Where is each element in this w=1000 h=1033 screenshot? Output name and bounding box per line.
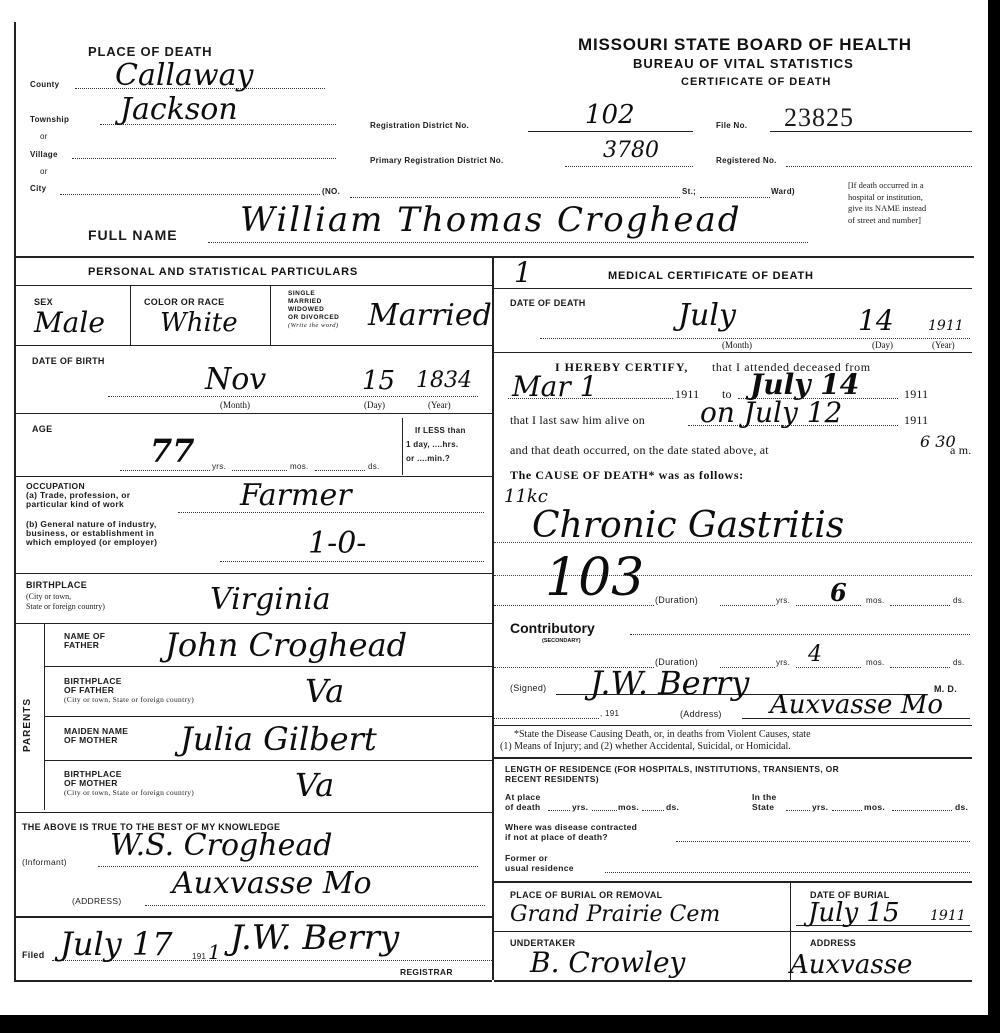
duration-mos-line	[796, 605, 861, 606]
marital-married: MARRIED	[288, 298, 339, 306]
reg-district-label: Registration District No.	[370, 121, 469, 130]
in-state-line: In the	[752, 792, 776, 802]
signed-date-line	[494, 718, 599, 719]
death-certificate: PLACE OF DEATH County Callaway Township …	[0, 0, 988, 1015]
divider	[494, 881, 972, 883]
age-mos-line	[232, 470, 287, 471]
res-mos: mos.	[618, 802, 639, 812]
board-title: MISSOURI STATE BOARD OF HEALTH	[578, 35, 912, 55]
contracted-label: Where was disease contracted if not at p…	[505, 822, 637, 842]
informant-address-label: (ADDRESS)	[72, 896, 121, 906]
county-value: Callaway	[115, 58, 253, 93]
personal-section-title: PERSONAL AND STATISTICAL PARTICULARS	[88, 266, 358, 278]
state-mos: mos.	[864, 802, 885, 812]
in-state-label: In the State	[752, 792, 776, 812]
or-2: or	[40, 167, 48, 176]
last-saw: on July 12	[700, 396, 842, 429]
race-value: White	[160, 308, 238, 338]
birthplace-value: Virginia	[210, 582, 331, 617]
mother-name-label-line: OF MOTHER	[64, 736, 128, 745]
divider	[494, 757, 972, 759]
to-year: 1911	[904, 387, 928, 402]
registered-no-line	[786, 166, 972, 167]
contrib-ds: ds.	[953, 658, 965, 667]
full-name-line	[208, 242, 808, 243]
state-yrs-line	[786, 810, 810, 811]
occupation-b-label: (b) General nature of industry, business…	[26, 520, 157, 547]
at-place-label: At place of death	[505, 792, 540, 812]
bureau-title: BUREAU OF VITAL STATISTICS	[633, 56, 854, 71]
county-label: County	[30, 80, 59, 89]
occupation-a-value: Farmer	[240, 478, 352, 513]
cause-code: 11kc	[504, 486, 548, 507]
no-label: (NO.	[322, 187, 340, 196]
contrib-ds-line	[890, 667, 950, 668]
filed-year-suffix: 1	[208, 940, 221, 964]
township-value: Jackson	[120, 92, 238, 127]
duration-line	[494, 605, 654, 606]
header-divider	[14, 256, 974, 258]
father-name-label-line: FATHER	[64, 641, 105, 650]
divider	[494, 931, 972, 932]
cause-value: Chronic Gastritis	[532, 505, 844, 546]
hospital-note-line: give its NAME instead	[848, 203, 926, 215]
mother-bp-label-line: (City or town, State or foreign country)	[64, 788, 194, 797]
divider	[494, 980, 972, 982]
medical-address-label: (Address)	[680, 709, 722, 719]
father-bp-label: BIRTHPLACE OF FATHER (City or town, Stat…	[64, 677, 194, 704]
res-mos-line	[592, 810, 617, 811]
registrar-label: REGISTRAR	[400, 967, 453, 977]
street-line	[350, 197, 680, 198]
hospital-note-line: [If death occurred in a	[848, 180, 926, 192]
former-line: usual residence	[505, 863, 574, 873]
at-place-line: At place	[505, 792, 540, 802]
divider	[130, 285, 131, 345]
death-time-suffix: a m.	[950, 443, 971, 458]
burial-address-label: ADDRESS	[810, 938, 856, 948]
divider	[14, 413, 492, 414]
left-border	[14, 22, 16, 982]
file-no-value: 23825	[784, 103, 854, 133]
primary-reg-value: 3780	[603, 138, 659, 163]
divider	[494, 352, 972, 353]
city-line	[60, 194, 320, 195]
full-name-value: William Thomas Croghead	[240, 200, 742, 240]
birthplace-label: BIRTHPLACE	[26, 580, 87, 590]
full-name-label: FULL NAME	[88, 227, 178, 243]
dod-day: 14	[858, 304, 894, 337]
township-label: Township	[30, 115, 69, 124]
filed-date: July 17	[60, 925, 173, 963]
less-than-line: 1 day, ....hrs.	[406, 438, 466, 452]
divider	[14, 573, 492, 574]
age-value: 77	[150, 432, 195, 470]
footnote-line: (1) Means of Injury; and (2) whether Acc…	[500, 741, 811, 753]
last-saw-year: 1911	[904, 413, 928, 428]
cause-line	[494, 542, 972, 543]
state-ds: ds.	[955, 802, 968, 812]
footnote-line: *State the Disease Causing Death, or, in…	[500, 729, 811, 741]
dob-year: 1834	[416, 368, 472, 393]
dob-line	[108, 396, 478, 397]
footnote: *State the Disease Causing Death, or, in…	[500, 729, 811, 753]
age-yrs: yrs.	[212, 462, 226, 471]
hospital-note-line: hospital or institution,	[848, 192, 926, 204]
place-of-death-title: PLACE OF DEATH	[88, 44, 212, 59]
divider	[14, 812, 492, 813]
mother-name-value: Julia Gilbert	[180, 720, 377, 758]
mother-bp-value: Va	[295, 766, 334, 804]
parents-label: PARENTS	[22, 698, 33, 752]
divider	[14, 623, 492, 624]
dod-year-caption: (Year)	[932, 340, 955, 350]
sex-value: Male	[34, 306, 105, 339]
dob-day-caption: (Day)	[364, 400, 385, 410]
ward-label: Ward)	[771, 187, 795, 196]
medical-address-value: Auxvasse Mo	[770, 690, 943, 720]
registrar-signature: J.W. Berry	[230, 918, 399, 958]
city-label: City	[30, 184, 46, 193]
marital-value: Married	[368, 298, 492, 333]
burial-place-value: Grand Prairie Cem	[510, 902, 720, 927]
divider	[44, 716, 492, 717]
village-line	[72, 158, 336, 159]
duration-yrs: yrs.	[776, 596, 790, 605]
occ-b-line	[220, 561, 484, 562]
last-saw-label: that I last saw him alive on	[510, 413, 645, 428]
dod-month: July	[678, 298, 736, 333]
dod-line	[540, 338, 970, 339]
hospital-note-line: of street and number]	[848, 215, 926, 227]
contracted-field	[676, 841, 970, 842]
dob-label: DATE OF BIRTH	[32, 356, 105, 366]
st-line	[700, 197, 770, 198]
registered-no-label: Registered No.	[716, 156, 777, 165]
divider	[270, 285, 271, 345]
signed-value: J.W. Berry	[590, 664, 749, 702]
residence-title-line: LENGTH OF RESIDENCE (FOR HOSPITALS, INST…	[505, 764, 839, 774]
age-ds: ds.	[368, 462, 380, 471]
father-bp-label-line: OF FATHER	[64, 686, 194, 695]
signed-label: (Signed)	[510, 683, 546, 693]
occupation-b-value: 1-0-	[308, 526, 366, 561]
dob-month-caption: (Month)	[220, 400, 250, 410]
father-bp-value: Va	[305, 672, 344, 710]
birthplace-sub-line: State or foreign country)	[26, 602, 105, 612]
former-line: Former or	[505, 853, 574, 863]
res-yrs: yrs.	[572, 802, 588, 812]
less-than-day: If LESS than 1 day, ....hrs. or ....min.…	[406, 424, 466, 466]
marital-widowed: WIDOWED	[288, 306, 339, 314]
contributory-label: Contributory	[510, 620, 595, 636]
state-ds-line	[892, 810, 952, 811]
father-bp-label-line: (City or town, State or foreign country)	[64, 695, 194, 704]
age-ds-line	[315, 470, 365, 471]
father-name-value: John Croghead	[165, 626, 407, 664]
age-mos: mos.	[290, 462, 309, 471]
contracted-line: if not at place of death?	[505, 832, 637, 842]
less-than-line: or ....min.?	[406, 452, 466, 466]
less-than-line: If LESS than	[406, 424, 466, 438]
primary-reg-line	[565, 166, 693, 167]
dob-year-caption: (Year)	[428, 400, 451, 410]
divider	[494, 725, 972, 726]
in-state-line: State	[752, 802, 776, 812]
divider	[14, 980, 492, 982]
divider	[494, 288, 972, 289]
duration-label: (Duration)	[655, 595, 698, 605]
state-yrs: yrs.	[812, 802, 828, 812]
res-yrs-line	[548, 810, 570, 811]
village-label: Village	[30, 150, 58, 159]
dod-day-caption: (Day)	[872, 340, 893, 350]
residence-title-line: RECENT RESIDENTS)	[505, 774, 839, 784]
contrib-mos: mos.	[866, 658, 885, 667]
former-residence-label: Former or usual residence	[505, 853, 574, 873]
undertaker-value: B. Crowley	[530, 946, 685, 979]
attended-from: Mar 1	[512, 370, 597, 403]
cause-intro: The CAUSE OF DEATH* was as follows:	[510, 468, 744, 483]
marital-divorced: OR DIVORCED	[288, 314, 339, 322]
dod-label: DATE OF DEATH	[510, 298, 586, 308]
res-ds: ds.	[666, 802, 679, 812]
contrib-mos-value: 4	[808, 642, 822, 667]
age-yrs-line	[120, 470, 210, 471]
contributory-line	[630, 634, 970, 635]
death-time-text: and that death occurred, on the date sta…	[510, 443, 769, 458]
occ-b-line: which employed (or employer)	[26, 538, 157, 547]
informant-value: W.S. Croghead	[110, 828, 332, 863]
st-label: St.;	[682, 187, 696, 196]
center-divider	[492, 258, 494, 980]
dod-year: 1911	[928, 318, 964, 334]
divider	[402, 418, 403, 475]
medical-section-title: MEDICAL CERTIFICATE OF DEATH	[608, 270, 814, 282]
at-place-line: of death	[505, 802, 540, 812]
signed-year-prefix: , 191	[600, 709, 619, 718]
divider	[44, 760, 492, 761]
file-no-label: File No.	[716, 121, 747, 130]
burial-address-value: Auxvasse	[790, 950, 912, 980]
divider	[44, 666, 492, 667]
mother-name-label: MAIDEN NAME OF MOTHER	[64, 727, 128, 745]
duration-ds-line	[890, 605, 950, 606]
burial-date-value: July 15	[808, 898, 900, 928]
father-name-label: NAME OF FATHER	[64, 632, 105, 650]
secondary-label: (SECONDARY)	[542, 638, 581, 644]
duration-yrs-line	[720, 605, 775, 606]
duration-mos-value: 6	[830, 578, 847, 607]
dob-month: Nov	[205, 362, 266, 397]
race-label: COLOR OR RACE	[144, 297, 224, 307]
divider	[14, 285, 492, 286]
mother-bp-label-line: OF MOTHER	[64, 779, 194, 788]
from-year: 1911	[675, 387, 699, 402]
contracted-line: Where was disease contracted	[505, 822, 637, 832]
informant-address-value: Auxvasse Mo	[172, 866, 372, 901]
duration-ds: ds.	[953, 596, 965, 605]
divider	[14, 345, 492, 346]
or-1: or	[40, 132, 48, 141]
former-field	[605, 872, 970, 873]
dob-day: 15	[362, 366, 395, 396]
reg-district-value: 102	[585, 100, 635, 130]
reg-district-line	[528, 131, 693, 132]
contrib-yrs: yrs.	[776, 658, 790, 667]
filed-year-prefix: 191	[192, 952, 206, 961]
marital-labels: SINGLE MARRIED WIDOWED OR DIVORCED (Writ…	[288, 290, 339, 330]
state-mos-line	[832, 810, 862, 811]
burial-place-label: PLACE OF BURIAL OR REMOVAL	[510, 890, 662, 900]
certificate-title: CERTIFICATE OF DEATH	[681, 76, 831, 88]
primary-reg-label: Primary Registration District No.	[370, 156, 504, 165]
occ-a-line: particular kind of work	[26, 500, 130, 509]
filed-label: Filed	[22, 950, 45, 960]
res-ds-line	[642, 810, 664, 811]
cause-code-2: 103	[545, 548, 644, 608]
occupation-label: OCCUPATION (a) Trade, profession, or par…	[26, 482, 130, 509]
residence-title: LENGTH OF RESIDENCE (FOR HOSPITALS, INST…	[505, 764, 839, 784]
age-label: AGE	[32, 424, 52, 434]
mother-bp-label: BIRTHPLACE OF MOTHER (City or town, Stat…	[64, 770, 194, 797]
birthplace-sub-line: (City or town,	[26, 592, 105, 602]
burial-date-year: 1911	[930, 908, 966, 924]
informant-address-line	[145, 905, 485, 906]
dod-month-caption: (Month)	[722, 340, 752, 350]
informant-label: (Informant)	[22, 857, 67, 867]
divider	[14, 476, 492, 477]
marital-single: SINGLE	[288, 290, 339, 298]
hospital-note: [If death occurred in a hospital or inst…	[848, 180, 926, 226]
birthplace-sub: (City or town, State or foreign country)	[26, 592, 105, 612]
duration-mos: mos.	[866, 596, 885, 605]
medical-mark: 1	[514, 256, 532, 289]
marital-hint: (Write the word)	[288, 322, 339, 330]
contrib-mos-line	[796, 667, 861, 668]
